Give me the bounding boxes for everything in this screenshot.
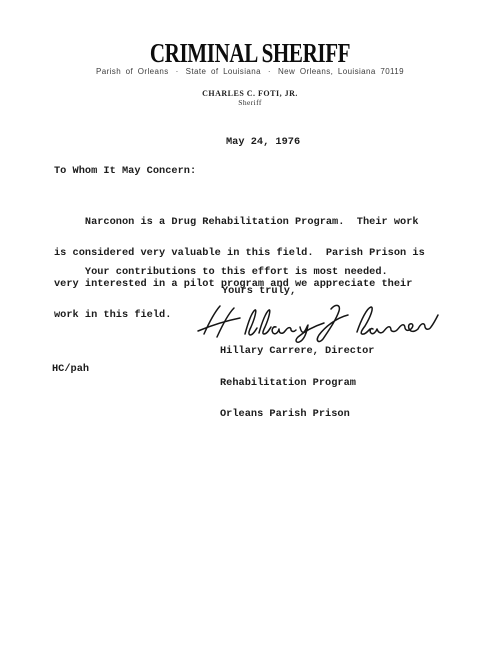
- body-line: Narconon is a Drug Rehabilitation Progra…: [54, 217, 425, 227]
- body-line: Your contributions to this effort is mos…: [54, 267, 388, 277]
- separator-dot: ·: [176, 66, 179, 77]
- signer-name-title: Hillary Carrere, Director: [220, 346, 374, 357]
- signer-organization: Orleans Parish Prison: [220, 409, 374, 420]
- letterhead-city-zip: New Orleans, Louisiana 70119: [278, 67, 404, 76]
- letterhead-address-line: Parish of Orleans·State of Louisiana·New…: [0, 66, 500, 77]
- signature-block: Hillary Carrere, Director Rehabilitation…: [220, 325, 374, 441]
- body-paragraph-2: Your contributions to this effort is mos…: [54, 246, 388, 298]
- letterhead-title: CRIMINAL SHERIFF: [55, 40, 445, 66]
- letterhead-state: State of Louisiana: [186, 67, 261, 76]
- sheriff-name: CHARLES C. FOTI, JR.: [0, 89, 500, 98]
- letter-page: CRIMINAL SHERIFF Parish of Orleans·State…: [0, 0, 500, 664]
- closing-phrase: Yours truly,: [222, 286, 296, 296]
- letter-date: May 24, 1976: [226, 137, 300, 147]
- signer-department: Rehabilitation Program: [220, 378, 374, 389]
- reference-initials: HC/pah: [52, 364, 89, 374]
- salutation: To Whom It May Concern:: [54, 166, 196, 176]
- sheriff-title: Sheriff: [0, 98, 500, 107]
- separator-dot: ·: [268, 66, 271, 77]
- letterhead-parish: Parish of Orleans: [96, 67, 169, 76]
